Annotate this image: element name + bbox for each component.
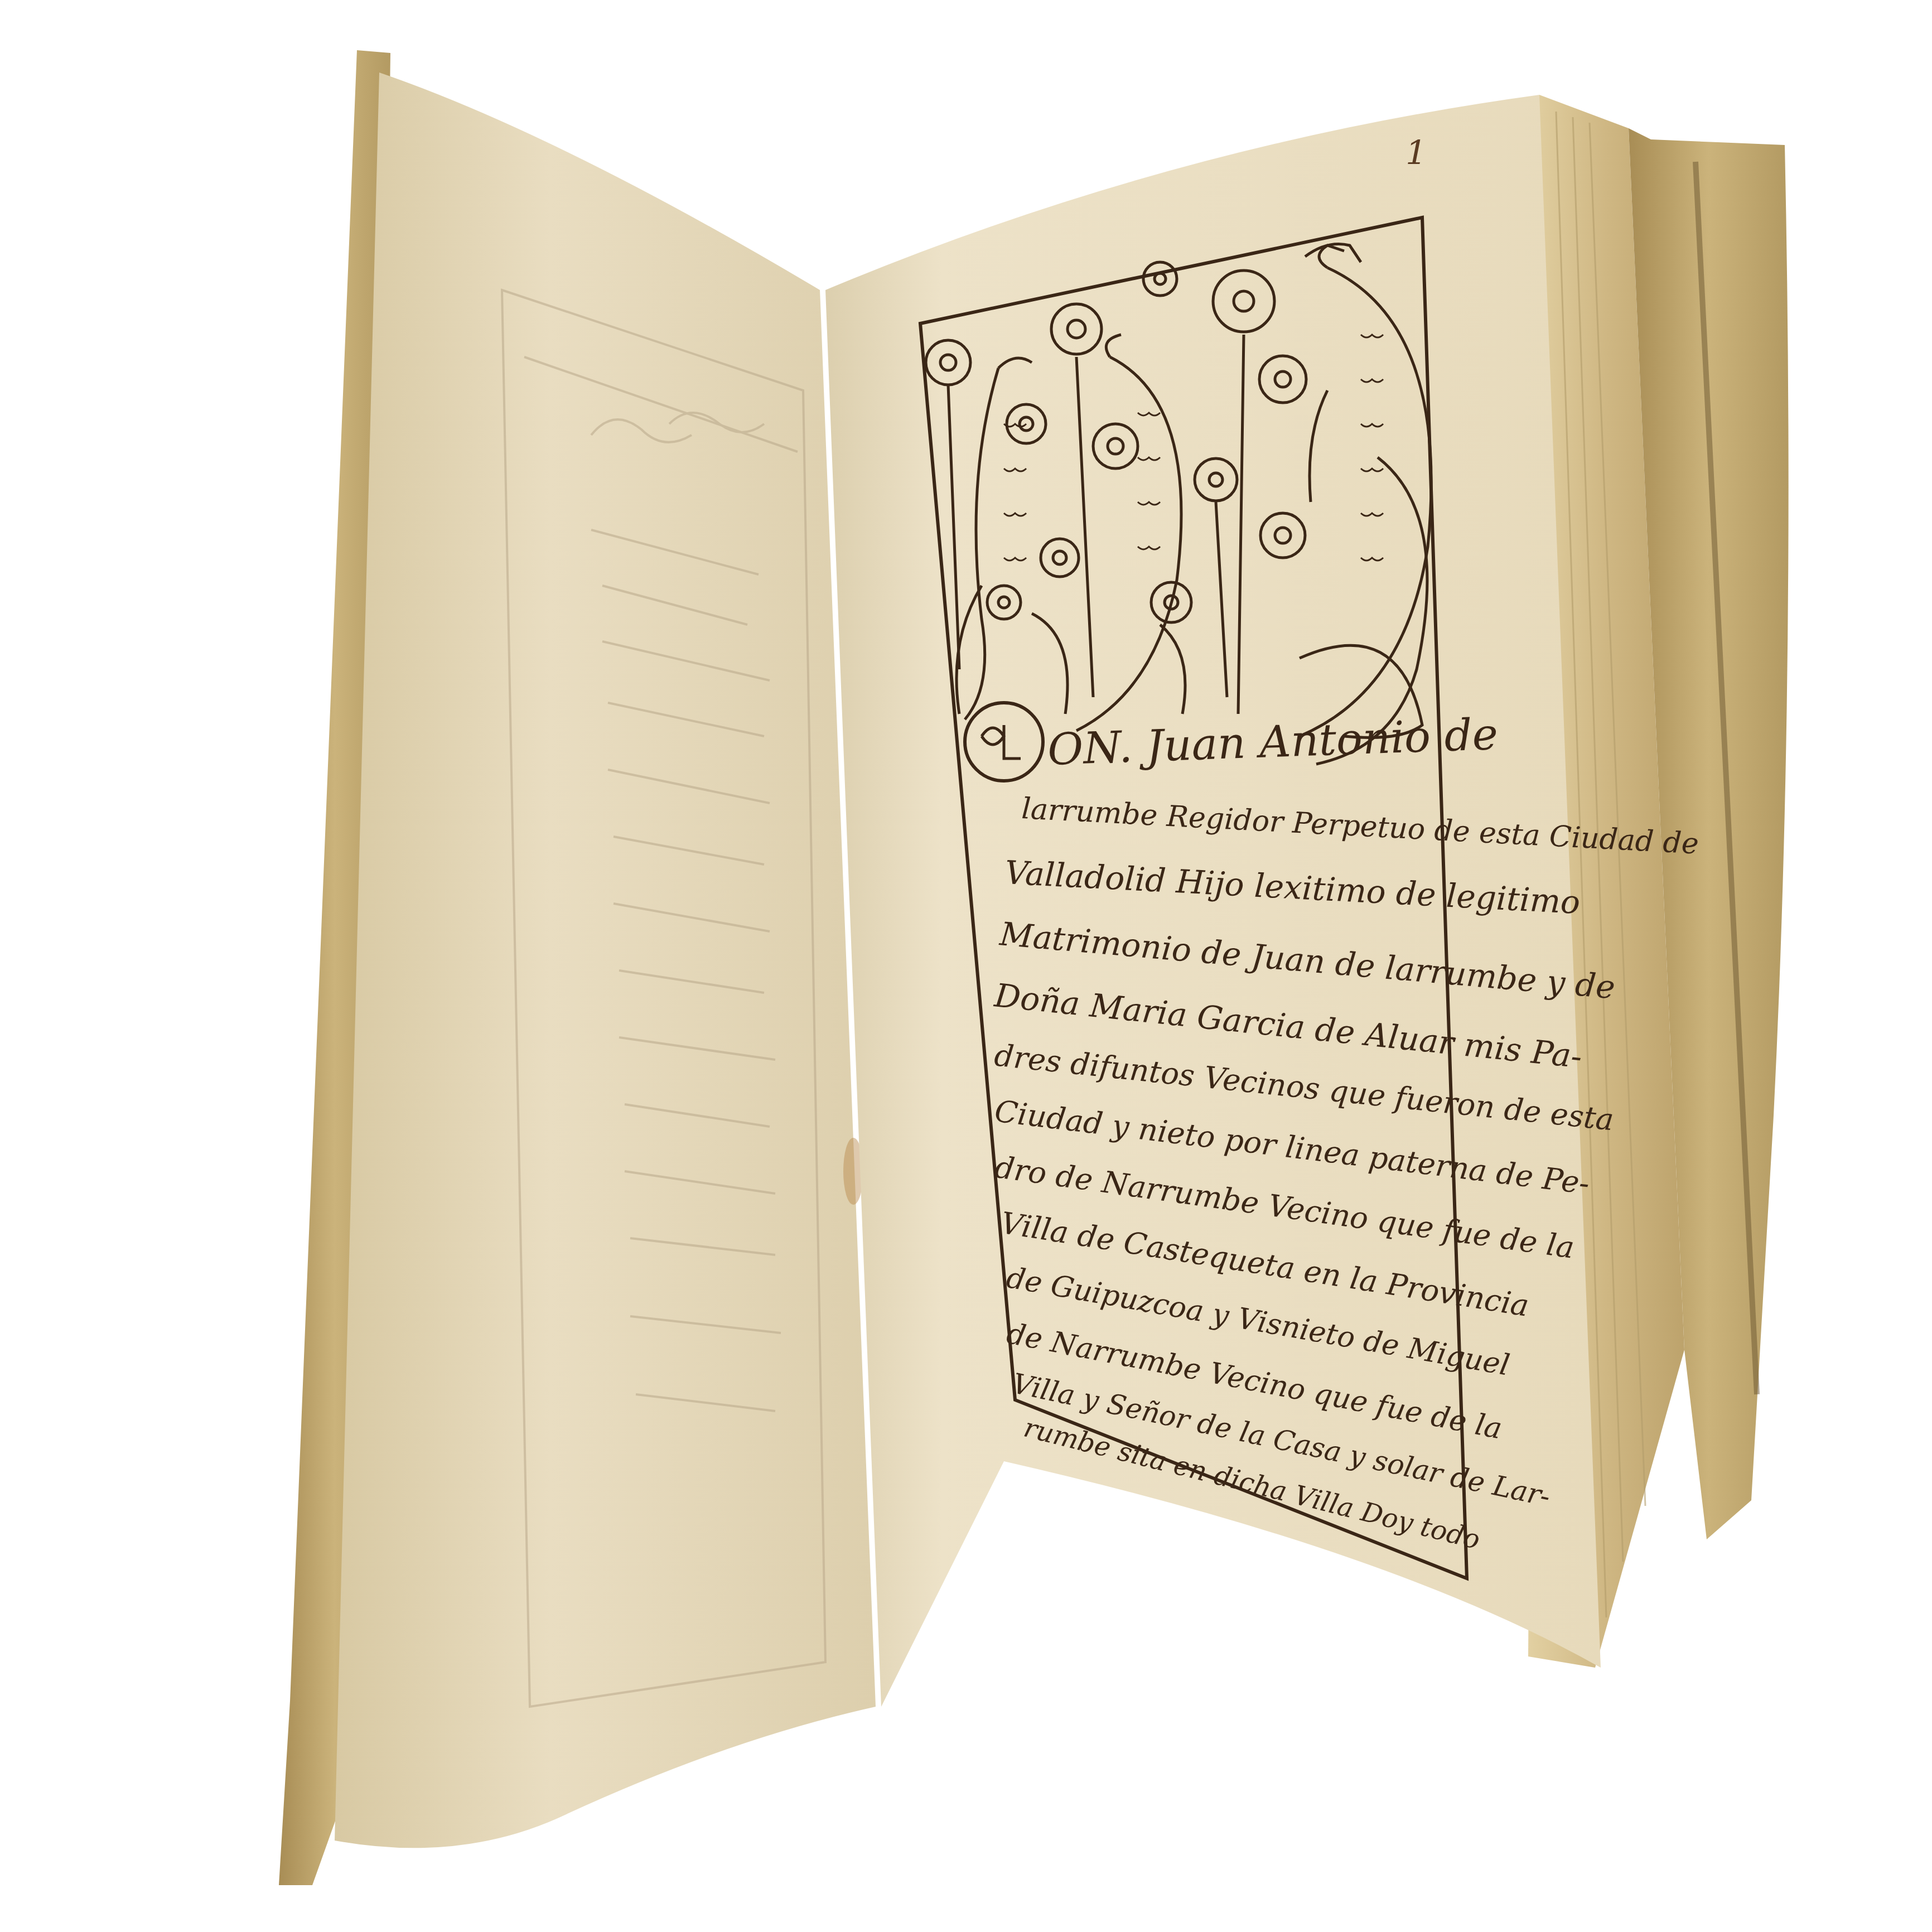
left-page: [335, 73, 876, 1848]
manuscript-photo: ON. Juan Antonio de larrumbe Regidor Per…: [0, 0, 1932, 1932]
book-illustration: [0, 0, 1932, 1932]
page-number: 1: [1405, 134, 1427, 173]
